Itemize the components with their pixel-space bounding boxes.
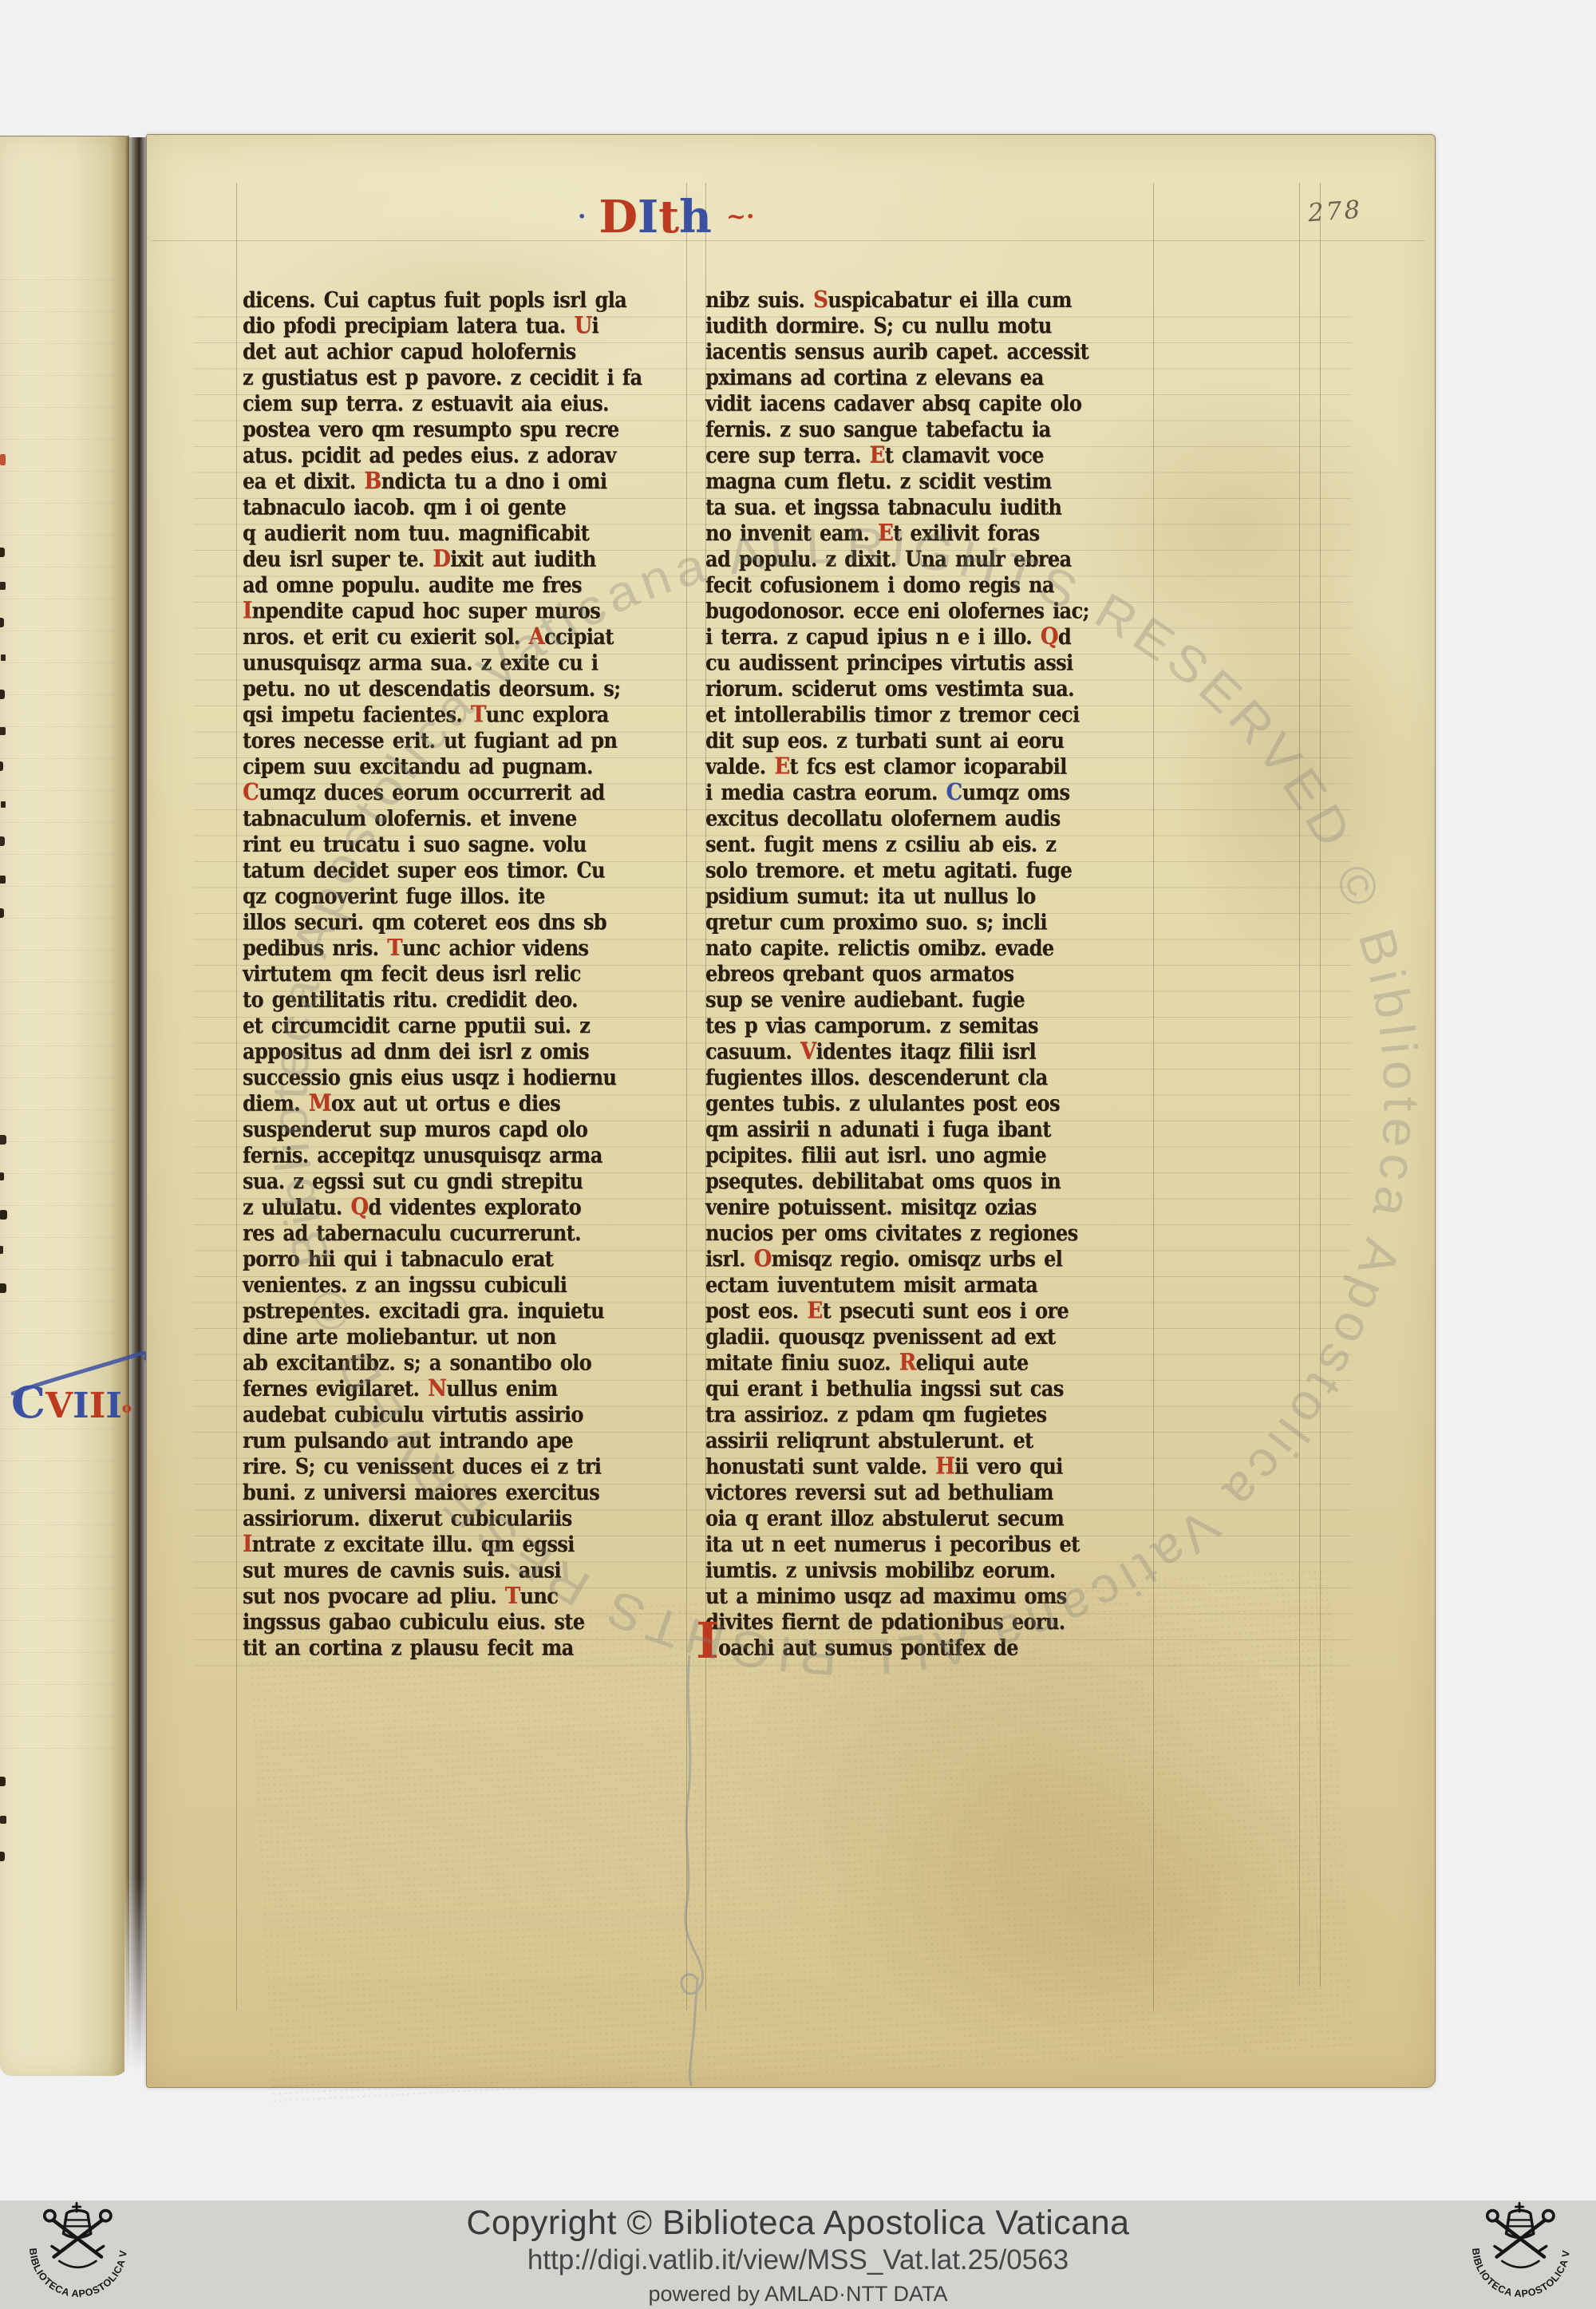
ruling-line-vertical <box>1299 183 1300 1987</box>
rubricated-initial: Q <box>1041 623 1058 650</box>
manuscript-line: deu isrl super te. Dixit aut iudith <box>243 546 701 571</box>
cord-icon <box>59 2261 96 2267</box>
title-letter: I <box>638 191 658 243</box>
manuscript-line: et circumcidit carne pputii sui. z <box>243 1012 701 1038</box>
manuscript-line: cipem suu excitandu ad pugnam. <box>243 753 701 779</box>
margin-chapter-numeral: CVIIIo <box>11 1382 132 1429</box>
manuscript-line: sua. z egssi sut cu gndi strepitu <box>243 1168 701 1193</box>
manuscript-line: diem. Mox aut ut ortus e dies <box>243 1090 701 1116</box>
manuscript-line: audebat cubiculu virtutis assirio <box>243 1402 701 1427</box>
red-rubric-fragment <box>0 454 6 465</box>
manuscript-line: appositus ad dnm dei isrl z omis <box>243 1038 701 1064</box>
manuscript-line: tatum decidet super eos timor. Cu <box>243 857 701 883</box>
rubricated-initial: D <box>433 546 450 573</box>
rubricated-initial: E <box>878 520 893 547</box>
manuscript-line: gladii. quousqz pvenissent ad ext <box>705 1323 1164 1349</box>
manuscript-line: venientes. z an ingssu cubiculi <box>243 1271 701 1297</box>
manuscript-line: porro hii qui i tabnaculo erat <box>243 1246 701 1271</box>
manuscript-line: honustati sunt valde. Hii vero qui <box>705 1453 1164 1479</box>
rubricated-initial: T <box>471 702 486 729</box>
manuscript-line: magna cum fletu. z scidit vestim <box>705 468 1164 493</box>
rubricated-initial: E <box>774 753 789 781</box>
rubricated-initial: R <box>899 1350 916 1377</box>
manuscript-line: venire potuissent. misitqz ozias <box>705 1194 1164 1220</box>
manuscript-line: post eos. Et psecuti sunt eos i ore <box>705 1298 1164 1323</box>
rubricated-initial: I <box>243 1531 252 1558</box>
title-flourish-left: · <box>578 194 586 240</box>
cord-icon <box>1502 2261 1539 2267</box>
ruling-line-vertical <box>1320 183 1321 1987</box>
manuscript-line: virtutem qm fecit deus isrl relic <box>243 960 701 986</box>
manuscript-line: qui erant i bethulia ingssi sut cas <box>705 1375 1164 1401</box>
manuscript-line: ab excitantibz. s; a sonantibo olo <box>243 1350 701 1375</box>
rubricated-initial: H <box>935 1453 954 1481</box>
manuscript-line: nros. et erit cu exierit sol. Accipiat <box>243 623 701 649</box>
manuscript-line: iudith dormire. S; cu nullu motu <box>705 312 1164 338</box>
rubricated-initial: A <box>528 623 544 650</box>
manuscript-line: unusquisqz arma sua. z exite cu i <box>243 650 701 675</box>
title-letter: h <box>679 191 712 243</box>
papal-emblem-icon <box>45 2203 111 2267</box>
manuscript-line: ut a minimo usqz ad maximu oms <box>705 1583 1164 1608</box>
manuscript-line: riorum. sciderut oms vestimta sua. <box>705 675 1164 701</box>
manuscript-line: et intollerabilis timor z tremor ceci <box>705 702 1164 727</box>
manuscript-line: excitus decollatu olofernem audis <box>705 805 1164 831</box>
manuscript-line: tores necesse erit. ut fugiant ad pn <box>243 727 701 753</box>
manuscript-line: dicens. Cui captus fuit popls isrl gla <box>243 287 701 312</box>
rubricated-initial: E <box>807 1298 822 1325</box>
manuscript-column-1: dicens. Cui captus fuit popls isrl gladi… <box>243 287 701 1660</box>
ruling-lines-sliver <box>0 248 120 1765</box>
manuscript-line: no invenit eam. Et exilivit foras <box>705 520 1164 545</box>
manuscript-line: pximans ad cortina z elevans ea <box>705 364 1164 389</box>
manuscript-line: petu. no ut descendatis deorsum. s; <box>243 675 701 701</box>
manuscript-line: i media castra eorum. Cumqz oms <box>705 779 1164 805</box>
rubricated-initial: B <box>364 468 381 495</box>
pen-flourish <box>667 1655 731 2086</box>
rubricated-initial: T <box>387 935 402 962</box>
manuscript-line: pedibus nris. Tunc achior videns <box>243 935 701 960</box>
manuscript-line: ectam iuventutem misit armata <box>705 1271 1164 1297</box>
manuscript-line: fugientes illos. descenderunt cla <box>705 1064 1164 1089</box>
manuscript-line: ta sua. et ingssa tabnaculu iudith <box>705 494 1164 520</box>
folio-number: 278 <box>1307 196 1364 228</box>
rubricated-initial: V <box>800 1038 816 1066</box>
manuscript-line: Inpendite capud hoc super muros <box>243 598 701 623</box>
manuscript-line: pcipites. filii aut isrl. uno agmie <box>705 1142 1164 1168</box>
manuscript-line: Intrate z excitate illu. qm egssi <box>243 1531 701 1556</box>
manuscript-line: to gentilitatis ritu. credidit deo. <box>243 986 701 1012</box>
manuscript-line: gentes tubis. z ululantes post eos <box>705 1090 1164 1116</box>
rubricated-initial: C <box>946 779 962 806</box>
clipped-script-fragments <box>0 548 5 557</box>
manuscript-line: psidium sumut: ita ut nullus lo <box>705 883 1164 908</box>
manuscript-line: iacentis sensus aurib capet. accessit <box>705 338 1164 364</box>
manuscript-line: cere sup terra. Et clamavit voce <box>705 442 1164 468</box>
ruling-line-vertical <box>236 183 237 2010</box>
manuscript-line: res ad tabernaculu cucurrerunt. <box>243 1220 701 1245</box>
rubricated-initial: E <box>870 442 885 469</box>
manuscript-line: dio pfodi precipiam latera tua. Ui <box>243 312 701 338</box>
chapter-letter: V <box>45 1386 73 1426</box>
footer-bar: Copyright © Biblioteca Apostolica Vatica… <box>0 2200 1596 2309</box>
manuscript-line: divites fiernt de pdationibus eoru. <box>705 1608 1164 1634</box>
manuscript-line: sup se venire audiebant. fugie <box>705 986 1164 1012</box>
rubricated-initial: Q <box>350 1194 368 1221</box>
manuscript-line: nibz suis. Suspicabatur ei illa cum <box>705 287 1164 312</box>
manuscript-line: rum pulsando aut intrando ape <box>243 1427 701 1453</box>
manuscript-line: fecit cofusionem i domo regis na <box>705 571 1164 597</box>
manuscript-line: valde. Et fcs est clamor icoparabil <box>705 753 1164 779</box>
rubricated-initial: S <box>813 287 828 314</box>
manuscript-url: http://digi.vatlib.it/view/MSS_Vat.lat.2… <box>319 2244 1277 2276</box>
title-letter: D <box>598 191 638 243</box>
ruling-line-top <box>152 240 1425 241</box>
rubricated-initial: O <box>754 1246 772 1273</box>
manuscript-line: sent. fugit mens z csiliu ab eis. z <box>705 831 1164 856</box>
manuscript-line: atus. pcidit ad pedes eius. z adorav <box>243 442 701 468</box>
chapter-letter: I <box>89 1386 106 1426</box>
chapter-letter: C <box>11 1377 45 1428</box>
manuscript-line: assirii reliqrunt abstulerunt. et <box>705 1427 1164 1453</box>
rubricated-initial: N <box>428 1375 446 1402</box>
papal-emblem-icon <box>1487 2203 1554 2267</box>
manuscript-line: qretur cum proximo suo. s; incli <box>705 909 1164 935</box>
manuscript-line: casuum. Videntes itaqz filii isrl <box>705 1038 1164 1064</box>
rubricated-initial: T <box>505 1583 520 1610</box>
manuscript-line: tit an cortina z plausu fecit ma <box>243 1635 701 1660</box>
manuscript-line: fernes evigilaret. Nullus enim <box>243 1375 701 1401</box>
manuscript-line: dine arte moliebantur. ut non <box>243 1323 701 1349</box>
manuscript-line: ingssus gabao cubiculu eius. ste <box>243 1608 701 1634</box>
manuscript-line: nato capite. relictis omibz. evade <box>705 935 1164 960</box>
manuscript-line: tra assirioz. z pdam qm fugietes <box>705 1402 1164 1427</box>
manuscript-line: oia q erant illoz abstulerut secum <box>705 1505 1164 1531</box>
manuscript-line: fernis. z suo sangue tabefactu ia <box>705 416 1164 441</box>
powered-by-text: powered by AMLAD·NTT DATA <box>319 2282 1277 2307</box>
manuscript-scan-viewport: CVIIIo ·DIth~· 278 dicens. Cui captus fu… <box>0 0 1596 2309</box>
manuscript-line: tabnaculum olofernis. et invene <box>243 805 701 831</box>
manuscript-line: ad populu. z dixit. Una mulr ebrea <box>705 546 1164 571</box>
manuscript-line: victores reversi sut ad bethuliam <box>705 1479 1164 1504</box>
manuscript-line: ita ut n eet numerus i pecoribus et <box>705 1531 1164 1556</box>
manuscript-line: psequtes. debilitabat oms quos in <box>705 1168 1164 1193</box>
rubricated-initial: I <box>243 598 252 625</box>
manuscript-line: tabnaculo iacob. qm i oi gente <box>243 494 701 520</box>
manuscript-line: rire. S; cu venissent duces ei z tri <box>243 1453 701 1479</box>
title-letter: t <box>658 191 679 243</box>
chapter-letter: I <box>105 1386 122 1426</box>
manuscript-line: qm assirii n adunati i fuga ibant <box>705 1116 1164 1141</box>
manuscript-line: ebreos qrebant quos armatos <box>705 960 1164 986</box>
manuscript-line: buni. z universi maiores exercitus <box>243 1479 701 1504</box>
manuscript-line: oachi aut sumus pontifex de <box>705 1635 1164 1660</box>
vatican-library-emblem-left: BIBLIOTECA APOSTOLICA VATICANA <box>8 2202 148 2307</box>
manuscript-line: sut nos pvocare ad pliu. Tunc <box>243 1583 701 1608</box>
manuscript-line: dit sup eos. z turbati sunt ai eoru <box>705 727 1164 753</box>
manuscript-page: ·DIth~· 278 dicens. Cui captus fuit popl… <box>146 134 1436 2088</box>
manuscript-line: ciem sup terra. z estuavit aia eius. <box>243 390 701 416</box>
copyright-text: Copyright © Biblioteca Apostolica Vatica… <box>319 2204 1277 2243</box>
manuscript-line: z ululatu. Qd videntes explorato <box>243 1194 701 1220</box>
manuscript-line: i terra. z capud ipius n e i illo. Qd <box>705 623 1164 649</box>
manuscript-line: det aut achior capud holofernis <box>243 338 701 364</box>
manuscript-line: suspenderut sup muros capd olo <box>243 1116 701 1141</box>
running-title: ·DIth~· <box>578 194 754 240</box>
title-flourish-right: ~· <box>726 194 755 240</box>
manuscript-line: tes p vias camporum. z semitas <box>705 1012 1164 1038</box>
manuscript-line: fernis. accepitqz unusquisqz arma <box>243 1142 701 1168</box>
manuscript-line: z gustiatus est p pavore. z cecidit i fa <box>243 364 701 389</box>
vatican-library-emblem-right: BIBLIOTECA APOSTOLICA VATICANA <box>1451 2202 1591 2307</box>
manuscript-line: Cumqz duces eorum occurrerit ad <box>243 779 701 805</box>
chapter-letter: o <box>122 1400 132 1417</box>
manuscript-line: ea et dixit. Bndicta tu a dno i omi <box>243 468 701 493</box>
manuscript-line: rint eu trucatu i suo sagne. volu <box>243 831 701 856</box>
manuscript-line: postea vero qm resumpto spu recre <box>243 416 701 441</box>
manuscript-line: illos securi. qm coteret eos dns sb <box>243 909 701 935</box>
manuscript-column-2: nibz suis. Suspicabatur ei illa cumiudit… <box>705 287 1164 1660</box>
manuscript-line: vidit iacens cadaver absq capite olo <box>705 390 1164 416</box>
manuscript-line: pstrepentes. excitadi gra. inquietu <box>243 1298 701 1323</box>
manuscript-line: cu audissent principes virtutis assi <box>705 650 1164 675</box>
manuscript-line: assiriorum. dixerut cubiculariis <box>243 1505 701 1531</box>
manuscript-line: successio gnis eius usqz i hodiernu <box>243 1064 701 1089</box>
manuscript-line: solo tremore. et metu agitati. fuge <box>705 857 1164 883</box>
previous-page-edge <box>0 136 129 2076</box>
manuscript-line: ad omne populu. audite me fres <box>243 571 701 597</box>
manuscript-line: q audierit nom tuu. magnificabit <box>243 520 701 545</box>
chapter-letter: I <box>73 1386 89 1426</box>
manuscript-line: mitate finiu suoz. Reliqui aute <box>705 1350 1164 1375</box>
rubricated-initial: C <box>243 779 259 806</box>
manuscript-line: isrl. Omisqz regio. omisqz urbs el <box>705 1246 1164 1271</box>
rubricated-initial: U <box>574 312 591 339</box>
manuscript-line: iumtis. z univsis mobilibz eorum. <box>705 1557 1164 1583</box>
manuscript-line: nucios per oms civitates z regiones <box>705 1220 1164 1245</box>
manuscript-line: sut mures de cavnis suis. ausi <box>243 1557 701 1583</box>
manuscript-line: qsi impetu facientes. Tunc explora <box>243 702 701 727</box>
manuscript-line: bugodonosor. ecce eni olofernes iac; <box>705 598 1164 623</box>
rubricated-initial: M <box>309 1090 331 1117</box>
manuscript-line: qz cognoverint fuge illos. ite <box>243 883 701 908</box>
